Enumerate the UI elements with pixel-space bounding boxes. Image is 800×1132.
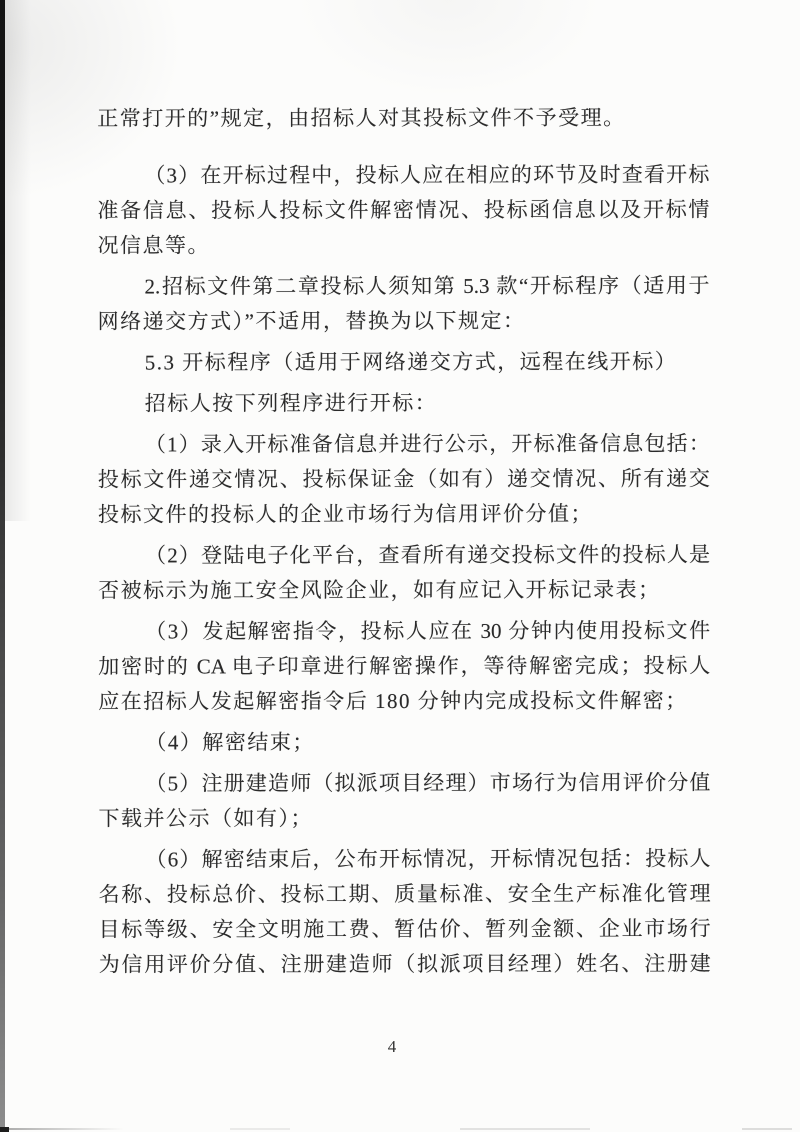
document-page: 正常打开的”规定，由招标人对其投标文件不予受理。（3）在开标过程中，投标人应在相… <box>0 0 800 1132</box>
paragraph: （6）解密结束后，公布开标情况，开标情况包括：投标人名称、投标总价、投标工期、质… <box>99 841 711 982</box>
scan-corner-artifact <box>0 1127 9 1132</box>
text-line: 准备信息、投标人投标文件解密情况、投标函信息以及开标情 <box>97 192 709 228</box>
scan-dash-artifact <box>460 1128 590 1130</box>
text-line: 为信用评价分值、注册建造师（拟派项目经理）姓名、注册建 <box>99 946 711 982</box>
paragraph: 招标人按下列程序进行开标： <box>98 385 710 421</box>
text-line: （3）发起解密指令，投标人应在 30 分钟内使用投标文件 <box>98 613 710 649</box>
text-line: 加密时的 CA 电子印章进行解密操作，等待解密完成；投标人 <box>98 648 710 684</box>
paragraph: 2.招标文件第二章投标人须知第 5.3 款“开标程序（适用于网络递交方式）”不适… <box>98 268 710 339</box>
text-line: 应在招标人发起解密指令后 180 分钟内完成投标文件解密； <box>98 683 710 719</box>
text-line: （6）解密结束后，公布开标情况，开标情况包括：投标人 <box>99 841 711 877</box>
scan-shadow-artifact <box>5 0 31 521</box>
paragraph: 正常打开的”规定，由招标人对其投标文件不予受理。 <box>97 100 709 136</box>
text-line: 投标文件的投标人的企业市场行为信用评价分值； <box>98 496 710 532</box>
text-line: （3）在开标过程中，投标人应在相应的环节及时查看开标 <box>97 157 709 193</box>
text-line: 况信息等。 <box>97 227 709 263</box>
scan-dash-artifact <box>230 1128 290 1130</box>
text-line: 下载并公示（如有）； <box>98 800 710 836</box>
paragraph: 5.3 开标程序（适用于网络递交方式，远程在线开标） <box>98 344 710 380</box>
text-line: 目标等级、安全文明施工费、暂估价、暂列金额、企业市场行 <box>99 911 711 947</box>
text-line: 网络递交方式）”不适用，替换为以下规定： <box>98 303 710 339</box>
text-line: 正常打开的”规定，由招标人对其投标文件不予受理。 <box>97 100 709 136</box>
text-line: 投标文件递交情况、投标保证金（如有）递交情况、所有递交 <box>98 461 710 497</box>
document-body: 正常打开的”规定，由招标人对其投标文件不予受理。（3）在开标过程中，投标人应在相… <box>97 100 711 988</box>
paragraph: （1）录入开标准备信息并进行公示，开标准备信息包括：投标文件递交情况、投标保证金… <box>98 426 710 532</box>
text-line: （1）录入开标准备信息并进行公示，开标准备信息包括： <box>98 426 710 462</box>
text-line: 5.3 开标程序（适用于网络递交方式，远程在线开标） <box>98 344 710 380</box>
paragraph: （4）解密结束； <box>98 724 710 760</box>
text-line: 名称、投标总价、投标工期、质量标准、安全生产标准化管理 <box>99 876 711 912</box>
paragraph: （5）注册建造师（拟派项目经理）市场行为信用评价分值下载并公示（如有）； <box>98 765 710 836</box>
page-number: 4 <box>0 1036 784 1058</box>
paragraph: （2）登陆电子化平台，查看所有递交投标文件的投标人是否被标示为施工安全风险企业，… <box>98 537 710 608</box>
text-line: 招标人按下列程序进行开标： <box>98 385 710 421</box>
scan-line-artifact <box>9 1128 124 1130</box>
text-line: （5）注册建造师（拟派项目经理）市场行为信用评价分值 <box>98 765 710 801</box>
text-line: （4）解密结束； <box>98 724 710 760</box>
text-line: （2）登陆电子化平台，查看所有递交投标文件的投标人是 <box>98 537 710 573</box>
text-line: 2.招标文件第二章投标人须知第 5.3 款“开标程序（适用于 <box>98 268 710 304</box>
text-line: 否被标示为施工安全风险企业，如有应记入开标记录表； <box>98 572 710 608</box>
paragraph: （3）发起解密指令，投标人应在 30 分钟内使用投标文件加密时的 CA 电子印章… <box>98 613 710 719</box>
paragraph: （3）在开标过程中，投标人应在相应的环节及时查看开标准备信息、投标人投标文件解密… <box>97 157 709 263</box>
scan-dash-artifact <box>742 1128 792 1130</box>
